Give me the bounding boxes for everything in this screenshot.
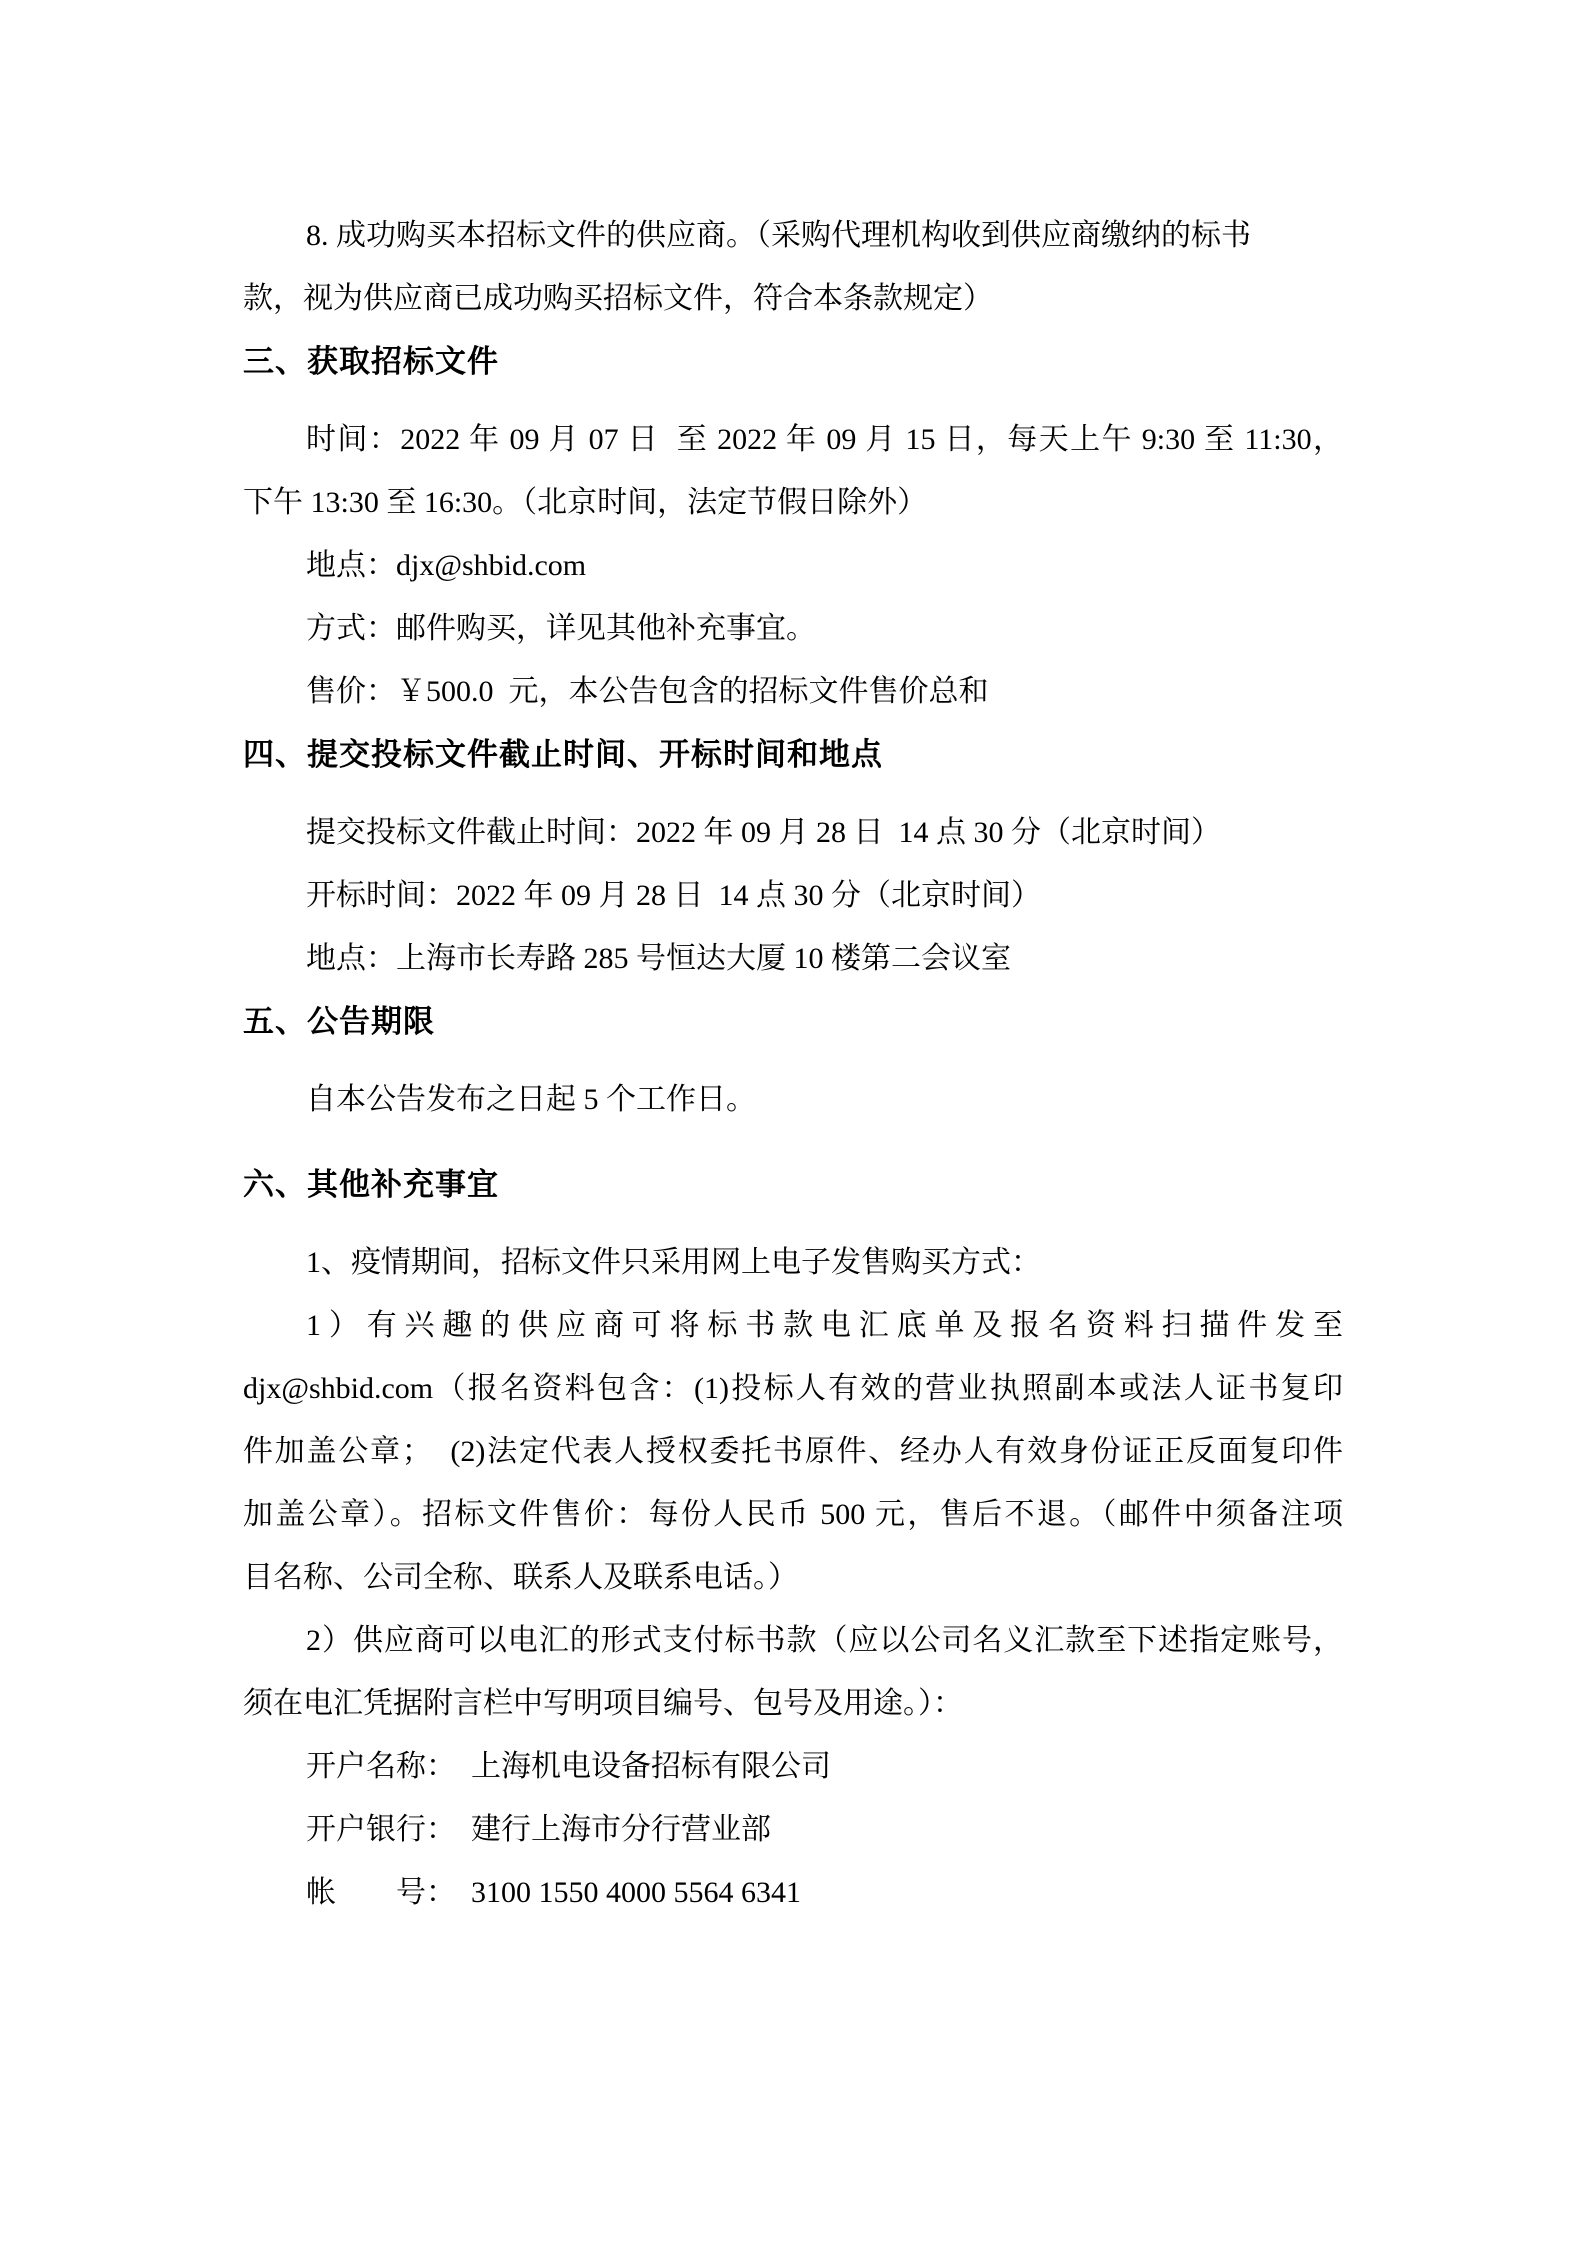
text-line: 方式：邮件购买，详见其他补充事宜。 [243, 597, 1343, 660]
text-line: 1）有兴趣的供应商可将标书款电汇底单及报名资料扫描件发至 [243, 1294, 1343, 1357]
text-line: 提交投标文件截止时间：2022 年 09 月 28 日 14 点 30 分（北京… [243, 801, 1343, 864]
text-line: 目名称、公司全称、联系人及联系电话。） [243, 1546, 1343, 1609]
text-line: 下午 13:30 至 16:30。（北京时间，法定节假日除外） [243, 471, 1343, 534]
text-line: 件加盖公章； (2)法定代表人授权委托书原件、经办人有效身份证正反面复印件 [243, 1420, 1343, 1483]
document-page: 8. 成功购买本招标文件的供应商。（采购代理机构收到供应商缴纳的标书款，视为供应… [0, 0, 1587, 2245]
text-line: 开标时间：2022 年 09 月 28 日 14 点 30 分（北京时间） [243, 864, 1343, 927]
text-line: 开户名称： 上海机电设备招标有限公司 [243, 1735, 1343, 1798]
text-line: 地点：djx@shbid.com [243, 534, 1343, 597]
text-line: 须在电汇凭据附言栏中写明项目编号、包号及用途。）： [243, 1672, 1343, 1735]
text-line: 时间：2022 年 09 月 07 日 至 2022 年 09 月 15 日，每… [243, 408, 1343, 471]
section-heading: 四、提交投标文件截止时间、开标时间和地点 [243, 723, 1343, 786]
section-heading: 五、公告期限 [243, 990, 1343, 1053]
text-line: djx@shbid.com（报名资料包含：(1)投标人有效的营业执照副本或法人证… [243, 1357, 1343, 1420]
text-line: 售价：￥500.0 元，本公告包含的招标文件售价总和 [243, 660, 1343, 723]
text-line: 帐 号： 3100 1550 4000 5564 6341 [243, 1861, 1343, 1924]
text-line: 1、疫情期间，招标文件只采用网上电子发售购买方式： [243, 1231, 1343, 1294]
text-line: 开户银行： 建行上海市分行营业部 [243, 1798, 1343, 1861]
text-line: 8. 成功购买本招标文件的供应商。（采购代理机构收到供应商缴纳的标书 [243, 204, 1343, 267]
text-line: 加盖公章）。招标文件售价：每份人民币 500 元，售后不退。（邮件中须备注项 [243, 1483, 1343, 1546]
text-line: 2）供应商可以电汇的形式支付标书款（应以公司名义汇款至下述指定账号， [243, 1609, 1343, 1672]
document-content: 8. 成功购买本招标文件的供应商。（采购代理机构收到供应商缴纳的标书款，视为供应… [243, 204, 1343, 1924]
text-line: 款，视为供应商已成功购买招标文件，符合本条款规定） [243, 267, 1343, 330]
text-line: 地点：上海市长寿路 285 号恒达大厦 10 楼第二会议室 [243, 927, 1343, 990]
section-heading: 三、获取招标文件 [243, 330, 1343, 393]
section-heading: 六、其他补充事宜 [243, 1153, 1343, 1216]
text-line: 自本公告发布之日起 5 个工作日。 [243, 1068, 1343, 1131]
